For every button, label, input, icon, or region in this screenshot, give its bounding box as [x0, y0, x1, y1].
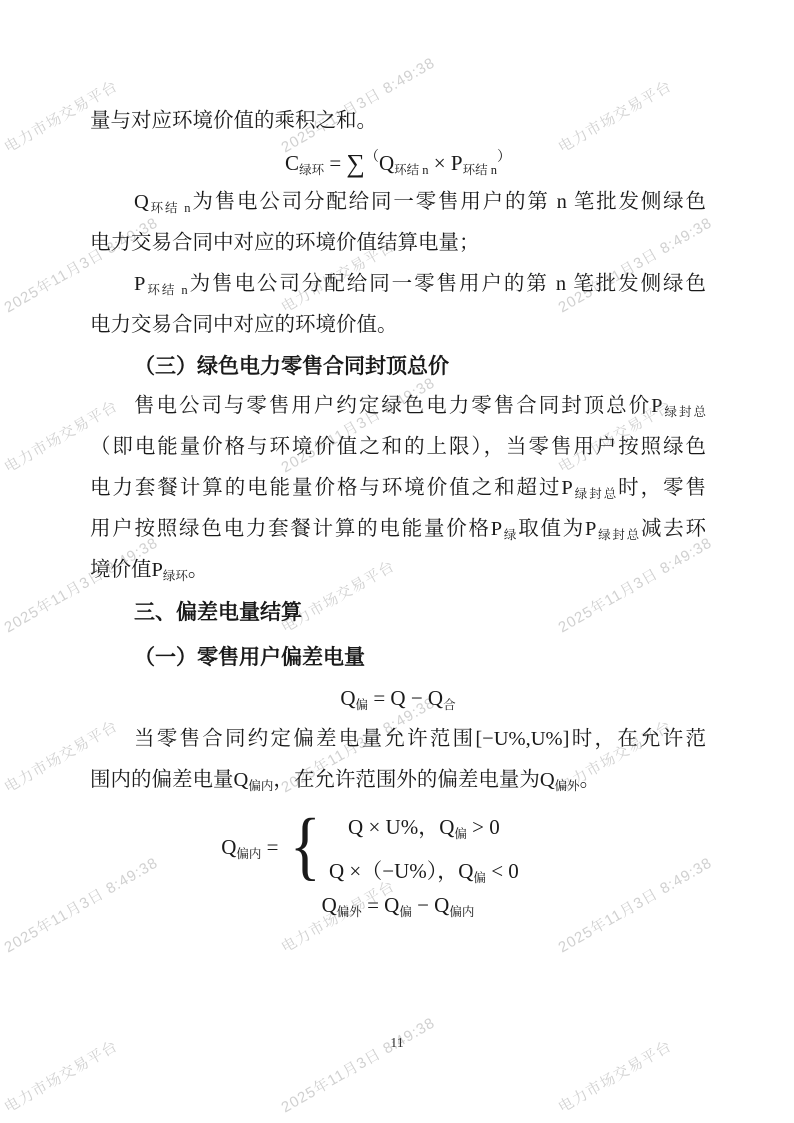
formula-green-env-cost: C绿环 = ∑（Q环结 n × P环结 n） [90, 143, 706, 185]
document-body: 量与对应环境价值的乘积之和。 C绿环 = ∑（Q环结 n × P环结 n） Q环… [0, 0, 794, 1123]
body-line: 当零售合同约定偏差电量允许范围[−U%,U%]时，在允许范 [90, 724, 706, 754]
body-line: P环结 n为售电公司分配给同一零售用户的第 n 笔批发侧绿色 [90, 269, 706, 305]
page-number: 11 [0, 1036, 794, 1052]
body-line: 电力交易合同中对应的环境价值结算电量； [90, 228, 706, 258]
body-line: 围内的偏差电量Q偏内，在允许范围外的偏差电量为Q偏外。 [90, 765, 706, 801]
body-line: 境价值P绿环。 [90, 555, 706, 591]
document-page: 2025年11月3日 8:49:38电力市场交易平台2025年11月3日 8:4… [0, 0, 794, 1123]
formula-deviation-qty: Q偏 = Q − Q合 [90, 683, 706, 720]
chapter-heading-3: 三、偏差电量结算 [90, 597, 706, 627]
section-heading-3-1: （一）零售用户偏差电量 [90, 642, 706, 672]
body-line: 售电公司与零售用户约定绿色电力零售合同封顶总价P绿封总 [90, 391, 706, 427]
formula-deviation-outside: Q偏外 = Q偏 − Q偏内 [90, 890, 706, 927]
body-line: 量与对应环境价值的乘积之和。 [90, 106, 706, 136]
formula-deviation-cases: Q偏内 = { Q × U%，Q偏 > 0 Q ×（−U%），Q偏 < 0 [62, 804, 678, 892]
body-line: 电力套餐计算的电能量价格与环境价值之和超过P绿封总时，零售 [90, 473, 706, 509]
left-brace: { [289, 806, 320, 886]
cases-row-negative: Q ×（−U%），Q偏 < 0 [329, 855, 519, 886]
cases-row-positive: Q × U%，Q偏 > 0 [348, 811, 500, 842]
body-line: 用户按照绿色电力套餐计算的电能量价格P绿取值为P绿封总减去环 [90, 514, 706, 550]
cases-lhs: Q偏内 = [221, 835, 278, 862]
body-line: （即电能量价格与环境价值之和的上限），当零售用户按照绿色 [90, 432, 706, 462]
body-line: 电力交易合同中对应的环境价值。 [90, 310, 706, 340]
section-heading-3: （三）绿色电力零售合同封顶总价 [90, 351, 706, 381]
cases-rows: Q × U%，Q偏 > 0 Q ×（−U%），Q偏 < 0 [329, 811, 519, 886]
body-line: Q环结 n为售电公司分配给同一零售用户的第 n 笔批发侧绿色 [90, 187, 706, 223]
